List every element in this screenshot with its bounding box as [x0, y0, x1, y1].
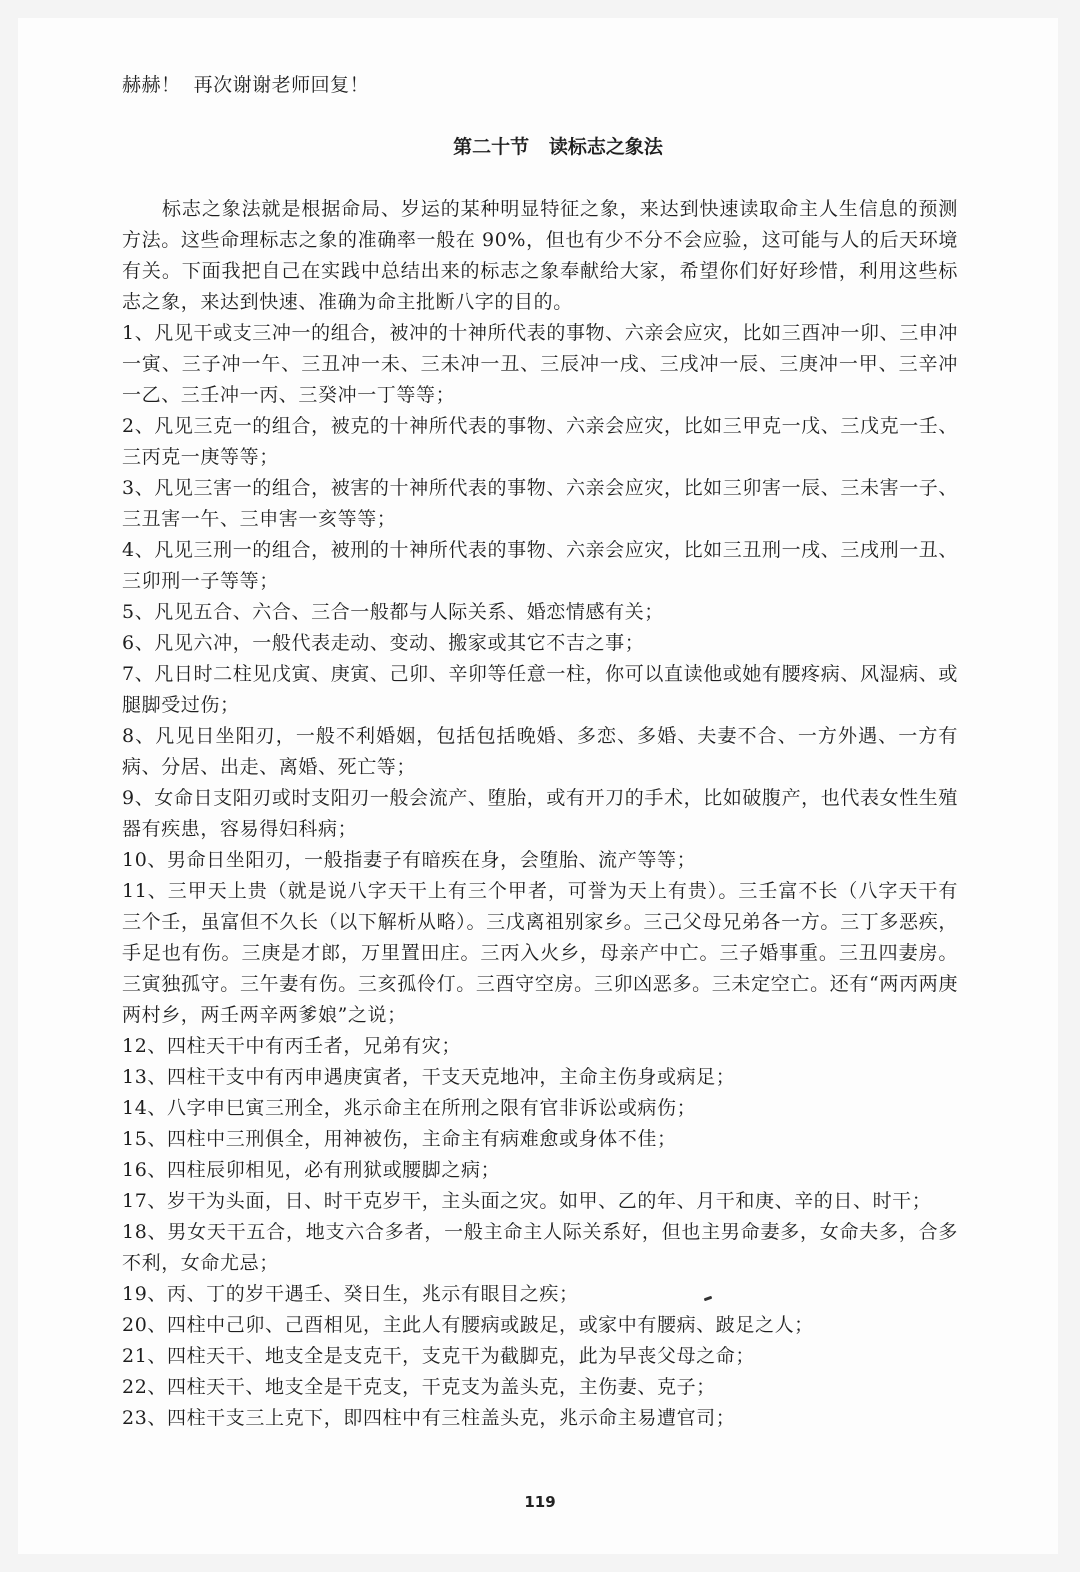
list-item: 22、四柱天干、地支全是干克支，干克支为盖头克，主伤妻、克子； — [122, 1372, 958, 1403]
list-item: 2、凡见三克一的组合，被克的十神所代表的事物、六亲会应灾，比如三甲克一戊、三戊克… — [122, 411, 958, 473]
list-item: 19、丙、丁的岁干遇壬、癸日生，兆示有眼目之疾； — [122, 1279, 958, 1310]
list-item: 14、八字申巳寅三刑全，兆示命主在所刑之限有官非诉讼或病伤； — [122, 1093, 958, 1124]
page-content: 赫赫！ 再次谢谢老师回复！ 第二十节 读标志之象法 标志之象法就是根据命局、岁运… — [122, 70, 958, 1434]
rules-list: 1、凡见干或支三冲一的组合，被冲的十神所代表的事物、六亲会应灾，比如三酉冲一卯、… — [122, 318, 958, 1434]
list-item: 6、凡见六冲，一般代表走动、变动、搬家或其它不吉之事； — [122, 628, 958, 659]
list-item: 1、凡见干或支三冲一的组合，被冲的十神所代表的事物、六亲会应灾，比如三酉冲一卯、… — [122, 318, 958, 411]
list-item: 12、四柱天干中有丙壬者，兄弟有灾； — [122, 1031, 958, 1062]
list-item: 13、四柱干支中有丙申遇庚寅者，干支天克地冲，主命主伤身或病足； — [122, 1062, 958, 1093]
list-item: 11、三甲天上贵（就是说八字天干上有三个甲者，可誉为天上有贵）。三壬富不长（八字… — [122, 876, 958, 1031]
list-item: 3、凡见三害一的组合，被害的十神所代表的事物、六亲会应灾，比如三卯害一辰、三未害… — [122, 473, 958, 535]
list-item: 7、凡日时二柱见戊寅、庚寅、己卯、辛卯等任意一柱，你可以直读他或她有腰疼病、风湿… — [122, 659, 958, 721]
section-title: 第二十节 读标志之象法 — [122, 132, 958, 163]
list-item: 20、四柱中己卯、己酉相见，主此人有腰病或跛足，或家中有腰病、跛足之人； — [122, 1310, 958, 1341]
list-item: 5、凡见五合、六合、三合一般都与人际关系、婚恋情感有关； — [122, 597, 958, 628]
list-item: 15、四柱中三刑俱全，用神被伤，主命主有病难愈或身体不佳； — [122, 1124, 958, 1155]
list-item: 9、女命日支阳刃或时支阳刃一般会流产、堕胎，或有开刀的手术，比如破腹产，也代表女… — [122, 783, 958, 845]
list-item: 16、四柱辰卯相见，必有刑狱或腰脚之病； — [122, 1155, 958, 1186]
list-item: 17、岁干为头面，日、时干克岁干，主头面之灾。如甲、乙的年、月干和庚、辛的日、时… — [122, 1186, 958, 1217]
list-item: 18、男女天干五合，地支六合多者，一般主命主人际关系好，但也主男命妻多，女命夫多… — [122, 1217, 958, 1279]
list-item: 10、男命日坐阳刃，一般指妻子有暗疾在身，会堕胎、流产等等； — [122, 845, 958, 876]
greeting-line: 赫赫！ 再次谢谢老师回复！ — [122, 70, 958, 101]
intro-paragraph: 标志之象法就是根据命局、岁运的某种明显特征之象，来达到快速读取命主人生信息的预测… — [122, 194, 958, 318]
list-item: 4、凡见三刑一的组合，被刑的十神所代表的事物、六亲会应灾，比如三丑刑一戌、三戌刑… — [122, 535, 958, 597]
list-item: 23、四柱干支三上克下，即四柱中有三柱盖头克，兆示命主易遭官司； — [122, 1403, 958, 1434]
page-number: 119 — [0, 1493, 1080, 1511]
list-item: 8、凡见日坐阳刃，一般不利婚姻，包括包括晚婚、多恋、多婚、夫妻不合、一方外遇、一… — [122, 721, 958, 783]
list-item: 21、四柱天干、地支全是支克干，支克干为截脚克，此为早丧父母之命； — [122, 1341, 958, 1372]
